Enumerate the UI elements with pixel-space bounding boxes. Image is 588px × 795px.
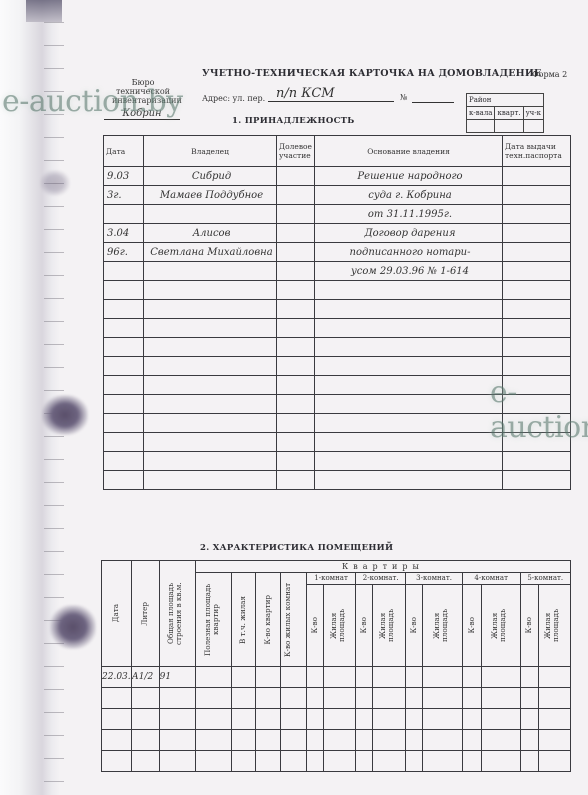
col-useful-area-label: Полезная площадь квартир	[204, 582, 224, 658]
bureau-line-1: Бюро	[112, 78, 174, 87]
premises-cell	[159, 688, 195, 709]
ownership-cell	[144, 433, 277, 452]
premises-cell: А1/2	[131, 667, 159, 688]
ownership-cell	[503, 167, 571, 186]
premises-row	[102, 751, 571, 772]
premises-cell	[520, 688, 538, 709]
premises-cell	[306, 709, 323, 730]
premises-cell	[131, 688, 159, 709]
district-col-kvart: кварт.	[495, 107, 523, 120]
ownership-cell	[104, 433, 144, 452]
premises-cell	[406, 751, 423, 772]
premises-cell	[482, 709, 520, 730]
premises-cell	[195, 751, 231, 772]
ownership-cell	[277, 319, 315, 338]
col-flats-count: К-во квартир	[255, 573, 281, 667]
ownership-cell	[503, 471, 571, 490]
premises-cell	[232, 709, 255, 730]
premises-cell	[538, 667, 570, 688]
col-1room-area: Жилая площадь	[324, 585, 356, 667]
ownership-cell	[277, 243, 315, 262]
ownership-cell	[277, 395, 315, 414]
premises-cell	[306, 730, 323, 751]
ownership-row: усом 29.03.96 № 1-614	[104, 262, 571, 281]
premises-cell	[482, 688, 520, 709]
col-4room-count: К-во	[462, 585, 481, 667]
address-label: Адрес: ул. пер.	[202, 94, 265, 103]
col-5room-area: Жилая площадь	[538, 585, 570, 667]
ownership-cell	[277, 433, 315, 452]
ownership-cell	[503, 300, 571, 319]
ownership-cell	[315, 395, 503, 414]
premises-cell	[232, 688, 255, 709]
premises-cell: 91	[159, 667, 195, 688]
ownership-cell	[144, 376, 277, 395]
ownership-cell	[315, 376, 503, 395]
col-passport-date: Дата выдачи техн.паспорта	[503, 136, 571, 167]
bureau-line-2: технической	[112, 87, 174, 96]
premises-cell	[255, 688, 281, 709]
col-5room-count: К-во	[520, 585, 538, 667]
ownership-cell	[315, 300, 503, 319]
premises-cell: 22.03.58	[102, 667, 132, 688]
ownership-cell	[503, 319, 571, 338]
address-value: п/п КСМ	[268, 86, 394, 102]
premises-cell	[102, 688, 132, 709]
premises-cell	[159, 730, 195, 751]
premises-cell	[356, 667, 373, 688]
ownership-cell	[503, 357, 571, 376]
scan-corner-shadow	[26, 0, 62, 22]
premises-cell	[195, 688, 231, 709]
premises-cell	[281, 688, 307, 709]
premises-cell	[520, 667, 538, 688]
ownership-cell	[277, 262, 315, 281]
district-val-kvala	[467, 120, 495, 133]
col-s2-liter-label: Литер	[141, 602, 149, 626]
ownership-cell	[104, 471, 144, 490]
ownership-cell	[104, 452, 144, 471]
col-5room-count-label: К-во	[525, 617, 533, 633]
ownership-cell	[144, 205, 277, 224]
ownership-cell	[315, 357, 503, 376]
premises-cell	[255, 709, 281, 730]
col-rooms-count-label: К-во жилых комнат	[284, 582, 304, 658]
ownership-row	[104, 338, 571, 357]
col-owner: Владелец	[144, 136, 277, 167]
premises-cell	[538, 688, 570, 709]
ownership-row	[104, 376, 571, 395]
premises-row	[102, 709, 571, 730]
col-2room-area: Жилая площадь	[373, 585, 406, 667]
bureau-city-handwritten: Кобрин	[104, 108, 180, 120]
ownership-cell	[315, 319, 503, 338]
col-3room-area-label: Жилая площадь	[433, 601, 453, 651]
ownership-cell	[277, 471, 315, 490]
premises-cell	[482, 751, 520, 772]
ownership-row	[104, 452, 571, 471]
group-5room: 5-комнат.	[520, 573, 571, 585]
ownership-cell	[104, 300, 144, 319]
col-1room-count-label: К-во	[311, 617, 319, 633]
form-number: Форма 2	[532, 70, 567, 79]
premises-cell	[255, 730, 281, 751]
ownership-row: 3г.Мамаев Поддубноесуда г. Кобрина	[104, 186, 571, 205]
ownership-cell	[144, 319, 277, 338]
premises-cell	[356, 751, 373, 772]
premises-cell	[462, 730, 481, 751]
premises-cell	[102, 751, 132, 772]
ownership-cell	[144, 471, 277, 490]
ownership-cell	[104, 281, 144, 300]
ownership-cell	[104, 414, 144, 433]
col-4room-count-label: К-во	[468, 617, 476, 633]
ownership-cell	[503, 376, 571, 395]
premises-cell	[423, 730, 463, 751]
premises-cell	[102, 709, 132, 730]
premises-cell	[423, 667, 463, 688]
ownership-cell	[277, 452, 315, 471]
col-5room-area-label: Жилая площадь	[544, 601, 564, 651]
premises-cell	[423, 688, 463, 709]
premises-cell	[281, 730, 307, 751]
ownership-row	[104, 471, 571, 490]
premises-cell	[232, 730, 255, 751]
premises-cell	[131, 751, 159, 772]
ownership-row: от 31.11.1995г.	[104, 205, 571, 224]
district-col-uchastok: уч-к	[523, 107, 544, 120]
group-3room: 3-комнат.	[406, 573, 463, 585]
section1-title: 1. ПРИНАДЛЕЖНОСТЬ	[232, 116, 355, 126]
premises-cell	[462, 688, 481, 709]
ownership-cell	[503, 243, 571, 262]
col-s2-total-area: Общая площадь строения в кв.м.	[159, 561, 195, 667]
premises-cell	[232, 667, 255, 688]
scan-smudge	[50, 605, 96, 649]
ownership-cell	[315, 452, 503, 471]
ownership-cell	[277, 167, 315, 186]
premises-row	[102, 688, 571, 709]
premises-cell	[520, 709, 538, 730]
ownership-cell	[104, 357, 144, 376]
ownership-row	[104, 395, 571, 414]
col-3room-count-label: К-во	[410, 617, 418, 633]
group-4room: 4-комнат	[462, 573, 520, 585]
col-2room-count-label: К-во	[360, 617, 368, 633]
ownership-row: 96г.Светлана Михайловнаподписанного нота…	[104, 243, 571, 262]
ownership-cell: усом 29.03.96 № 1-614	[315, 262, 503, 281]
ownership-cell	[503, 205, 571, 224]
ownership-cell	[277, 224, 315, 243]
ownership-cell	[144, 338, 277, 357]
premises-row: 22.03.58А1/291	[102, 667, 571, 688]
ownership-row: 3.04АлисовДоговор дарения	[104, 224, 571, 243]
ownership-row	[104, 357, 571, 376]
col-flats-count-label: К-во квартир	[264, 595, 272, 644]
ownership-cell	[277, 205, 315, 224]
ownership-cell: Светлана Михайловна	[144, 243, 277, 262]
ownership-row	[104, 414, 571, 433]
scan-smudge	[42, 395, 88, 435]
col-1room-area-label: Жилая площадь	[330, 601, 350, 651]
col-3room-area: Жилая площадь	[423, 585, 463, 667]
district-val-uchastok	[523, 120, 544, 133]
ownership-cell	[315, 471, 503, 490]
ownership-cell	[277, 281, 315, 300]
premises-cell	[406, 730, 423, 751]
premises-cell	[373, 667, 406, 688]
ownership-cell	[104, 338, 144, 357]
group-1room: 1-комнат	[306, 573, 355, 585]
ownership-cell	[503, 262, 571, 281]
col-4room-area-label: Жилая площадь	[491, 601, 511, 651]
premises-cell	[538, 751, 570, 772]
premises-cell	[232, 751, 255, 772]
ownership-cell	[503, 186, 571, 205]
ownership-cell	[315, 414, 503, 433]
ownership-cell	[277, 300, 315, 319]
ownership-row	[104, 281, 571, 300]
premises-cell	[356, 688, 373, 709]
col-2room-area-label: Жилая площадь	[379, 601, 399, 651]
premises-cell	[324, 751, 356, 772]
ownership-cell: от 31.11.1995г.	[315, 205, 503, 224]
ownership-cell	[503, 395, 571, 414]
ownership-row	[104, 433, 571, 452]
bureau-line-3: инвентаризации	[112, 96, 174, 105]
col-share: Долевое участие	[277, 136, 315, 167]
section2-title: 2. ХАРАКТЕРИСТИКА ПОМЕЩЕНИЙ	[200, 543, 393, 553]
ownership-row: 9.03СибридРешение народного	[104, 167, 571, 186]
ownership-cell	[503, 281, 571, 300]
premises-cell	[195, 709, 231, 730]
district-box: Район к-вала кварт. уч-к	[466, 93, 544, 133]
col-s2-date: Дата	[102, 561, 132, 667]
col-living-label: В т.ч. жилая	[239, 596, 247, 644]
premises-cell	[423, 751, 463, 772]
premises-cell	[324, 667, 356, 688]
col-s2-liter: Литер	[131, 561, 159, 667]
premises-cell	[482, 730, 520, 751]
bureau-label: Бюро технической инвентаризации	[112, 78, 174, 105]
premises-cell	[462, 751, 481, 772]
ownership-cell: Сибрид	[144, 167, 277, 186]
district-label: Район	[467, 94, 544, 107]
premises-cell	[324, 688, 356, 709]
premises-cell	[406, 667, 423, 688]
premises-cell	[373, 709, 406, 730]
flats-group-header: Квартиры	[195, 561, 570, 573]
ownership-cell	[104, 395, 144, 414]
premises-row	[102, 730, 571, 751]
col-useful-area: Полезная площадь квартир	[195, 573, 231, 667]
premises-cell	[195, 730, 231, 751]
ownership-cell	[277, 357, 315, 376]
ownership-cell	[503, 433, 571, 452]
district-col-kvala: к-вала	[467, 107, 495, 120]
ownership-cell	[144, 262, 277, 281]
ownership-cell	[144, 452, 277, 471]
col-basis: Основание владения	[315, 136, 503, 167]
ownership-cell	[277, 414, 315, 433]
ownership-cell	[277, 338, 315, 357]
ownership-cell: Мамаев Поддубное	[144, 186, 277, 205]
ownership-cell: 96г.	[104, 243, 144, 262]
col-3room-count: К-во	[406, 585, 423, 667]
premises-cell	[462, 667, 481, 688]
ownership-cell: Решение народного	[315, 167, 503, 186]
ownership-cell	[144, 300, 277, 319]
premises-cell	[373, 688, 406, 709]
premises-cell	[131, 730, 159, 751]
premises-cell	[423, 709, 463, 730]
premises-cell	[281, 709, 307, 730]
ownership-cell	[144, 395, 277, 414]
premises-cell	[281, 751, 307, 772]
ownership-cell	[503, 452, 571, 471]
ownership-cell	[144, 281, 277, 300]
premises-cell	[538, 709, 570, 730]
premises-cell	[520, 730, 538, 751]
premises-cell	[306, 667, 323, 688]
col-date: Дата	[104, 136, 144, 167]
premises-cell	[356, 730, 373, 751]
premises-cell	[306, 688, 323, 709]
premises-cell	[255, 751, 281, 772]
ownership-table: Дата Владелец Долевое участие Основание …	[103, 135, 571, 490]
premises-cell	[406, 688, 423, 709]
premises-table: Дата Литер Общая площадь строения в кв.м…	[101, 560, 571, 772]
col-2room-count: К-во	[356, 585, 373, 667]
premises-cell	[462, 709, 481, 730]
premises-cell	[520, 751, 538, 772]
premises-cell	[482, 667, 520, 688]
premises-cell	[306, 751, 323, 772]
premises-cell	[324, 709, 356, 730]
ownership-cell	[104, 319, 144, 338]
ownership-cell: 9.03	[104, 167, 144, 186]
col-1room-count: К-во	[306, 585, 323, 667]
ownership-cell: Договор дарения	[315, 224, 503, 243]
ownership-cell: подписанного нотари-	[315, 243, 503, 262]
premises-cell	[131, 709, 159, 730]
premises-cell	[324, 730, 356, 751]
premises-cell	[373, 751, 406, 772]
ownership-cell	[315, 433, 503, 452]
ownership-cell: 3.04	[104, 224, 144, 243]
ownership-cell	[144, 357, 277, 376]
premises-cell	[406, 709, 423, 730]
premises-cell	[159, 709, 195, 730]
number-label: №	[400, 93, 408, 102]
premises-cell	[255, 667, 281, 688]
ownership-cell	[104, 262, 144, 281]
premises-cell	[102, 730, 132, 751]
premises-cell	[159, 751, 195, 772]
ownership-row	[104, 300, 571, 319]
district-val-kvart	[495, 120, 523, 133]
ownership-cell	[277, 376, 315, 395]
col-4room-area: Жилая площадь	[482, 585, 520, 667]
ownership-cell	[104, 205, 144, 224]
col-living: В т.ч. жилая	[232, 573, 255, 667]
ownership-cell	[104, 376, 144, 395]
ownership-cell	[503, 338, 571, 357]
ownership-cell: 3г.	[104, 186, 144, 205]
document-title: УЧЕТНО-ТЕХНИЧЕСКАЯ КАРТОЧКА НА ДОМОВЛАДЕ…	[202, 68, 541, 79]
premises-cell	[281, 667, 307, 688]
col-s2-date-label: Дата	[112, 604, 120, 622]
ownership-cell	[315, 338, 503, 357]
col-rooms-count: К-во жилых комнат	[281, 573, 307, 667]
ownership-cell	[315, 281, 503, 300]
ownership-cell: Алисов	[144, 224, 277, 243]
ownership-cell: суда г. Кобрина	[315, 186, 503, 205]
ownership-cell	[503, 414, 571, 433]
premises-cell	[373, 730, 406, 751]
ownership-cell	[503, 224, 571, 243]
ownership-row	[104, 319, 571, 338]
ownership-cell	[277, 186, 315, 205]
premises-cell	[356, 709, 373, 730]
scan-smudge	[40, 170, 70, 196]
col-s2-total-area-label: Общая площадь строения в кв.м.	[167, 566, 187, 662]
premises-cell	[195, 667, 231, 688]
group-2room: 2-комнат.	[356, 573, 406, 585]
premises-cell	[538, 730, 570, 751]
number-value	[412, 92, 454, 103]
ownership-cell	[144, 414, 277, 433]
